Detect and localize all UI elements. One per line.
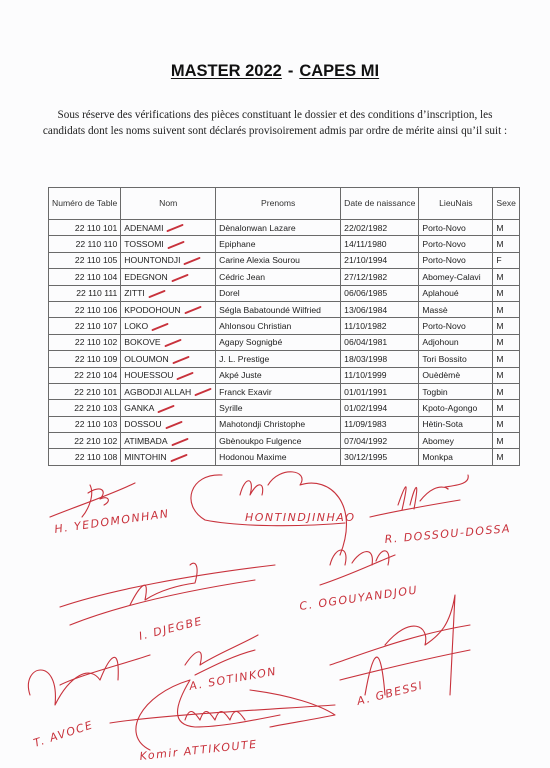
cell-nom: ATIMBADA — [121, 433, 216, 449]
cell-prenoms-text: J. L. Prestige — [219, 354, 269, 364]
cell-prenoms-text: Ségla Babatoundé Wilfried — [219, 305, 321, 315]
cell-prenoms-text: Dorel — [219, 288, 240, 298]
check-mark-icon — [184, 257, 201, 266]
cell-prenoms: Gbènoukpo Fulgence — [216, 433, 341, 449]
signature-mark — [330, 595, 470, 695]
cell-date: 18/03/1998 — [341, 351, 419, 367]
cell-lieu-text: Adjohoun — [422, 337, 458, 347]
table-row: 22 210 103GANKASyrille01/02/1994Kpoto-Ag… — [49, 400, 520, 416]
cell-date-text: 18/03/1998 — [344, 354, 387, 364]
cell-sexe-text: M — [496, 436, 503, 446]
header-nom: Nom — [121, 188, 216, 220]
cell-prenoms-text: Gbènoukpo Fulgence — [219, 436, 301, 446]
results-table: Numéro de Table Nom Prenoms Date de nais… — [48, 187, 520, 466]
cell-lieu: Tori Bossito — [419, 351, 493, 367]
table-row: 22 110 102BOKOVEAgapy Sognigbé06/04/1981… — [49, 334, 520, 350]
cell-lieu-text: Porto-Novo — [422, 255, 465, 265]
cell-lieu-text: Kpoto-Agongo — [422, 403, 477, 413]
cell-lieu-text: Porto-Novo — [422, 239, 465, 249]
cell-sexe-text: M — [496, 288, 503, 298]
cell-date-text: 22/02/1982 — [344, 223, 387, 233]
check-mark-icon — [177, 372, 194, 381]
table-row: 22 110 108MINTOHINHodonou Maxime30/12/19… — [49, 449, 520, 465]
cell-numero: 22 210 104 — [49, 367, 121, 383]
document-page: MASTER 2022-CAPES MI Sous réserve des vé… — [0, 0, 550, 768]
cell-numero: 22 110 110 — [49, 236, 121, 252]
cell-numero-text: 22 110 106 — [75, 305, 117, 315]
header-numero: Numéro de Table — [49, 188, 121, 220]
signatures-area: H. YEDOMONHAN HONTINDJINHAO R. DOSSOU-DO… — [0, 465, 550, 768]
cell-numero: 22 110 105 — [49, 252, 121, 268]
cell-nom-text: BOKOVE — [124, 337, 160, 347]
cell-nom: EDEGNON — [121, 269, 216, 285]
cell-prenoms: Mahotondji Christophe — [216, 416, 341, 432]
cell-numero: 22 110 108 — [49, 449, 121, 465]
title-capes: CAPES MI — [299, 62, 379, 80]
signature-name: C. OGOUYANDJOU — [299, 583, 419, 613]
cell-date: 07/04/1992 — [341, 433, 419, 449]
cell-numero: 22 210 102 — [49, 433, 121, 449]
cell-nom-text: ZITTI — [124, 288, 145, 298]
check-mark-icon — [167, 241, 184, 250]
cell-numero-text: 22 110 110 — [76, 239, 118, 249]
cell-lieu-text: Porto-Novo — [422, 223, 465, 233]
document-title: MASTER 2022-CAPES MI — [0, 62, 550, 81]
signature-mark — [370, 475, 468, 517]
check-mark-icon — [167, 224, 184, 233]
cell-prenoms: Syrille — [216, 400, 341, 416]
cell-nom-text: ADENAMI — [124, 223, 163, 233]
cell-nom-text: HOUESSOU — [124, 370, 173, 380]
signature-name: A. GBESSI — [355, 679, 425, 708]
cell-sexe: F — [493, 252, 520, 268]
cell-nom-text: AGBODJI ALLAH — [124, 387, 191, 397]
cell-numero: 22 110 102 — [49, 334, 121, 350]
cell-sexe: M — [493, 269, 520, 285]
cell-prenoms: Akpé Juste — [216, 367, 341, 383]
cell-nom: HOUESSOU — [121, 367, 216, 383]
title-master: MASTER 2022 — [171, 62, 282, 80]
intro-paragraph: Sous réserve des vérifications des pièce… — [40, 108, 510, 139]
cell-sexe: M — [493, 367, 520, 383]
cell-nom: AGBODJI ALLAH — [121, 383, 216, 399]
signature-name: H. YEDOMONHAN — [54, 507, 171, 536]
cell-nom: ZITTI — [121, 285, 216, 301]
cell-nom-text: HOUNTONDJI — [124, 255, 180, 265]
header-prenoms: Prenoms — [216, 188, 341, 220]
cell-lieu: Porto-Novo — [419, 318, 493, 334]
cell-nom: DOSSOU — [121, 416, 216, 432]
cell-sexe-text: M — [496, 272, 503, 282]
cell-nom: BOKOVE — [121, 334, 216, 350]
cell-nom-text: MINTOHIN — [124, 452, 166, 462]
check-mark-icon — [158, 404, 175, 413]
cell-prenoms-text: Agapy Sognigbé — [219, 337, 282, 347]
check-mark-icon — [171, 273, 188, 282]
cell-lieu-text: Massè — [422, 305, 447, 315]
cell-lieu: Abomey — [419, 433, 493, 449]
cell-date: 11/10/1999 — [341, 367, 419, 383]
cell-lieu-text: Tori Bossito — [422, 354, 466, 364]
cell-date-text: 13/06/1984 — [344, 305, 387, 315]
cell-date-text: 11/10/1999 — [344, 370, 386, 380]
cell-date: 06/04/1981 — [341, 334, 419, 350]
check-mark-icon — [194, 388, 211, 397]
cell-sexe: M — [493, 416, 520, 432]
cell-date: 30/12/1995 — [341, 449, 419, 465]
table-row: 22 110 106KPODOHOUNSégla Babatoundé Wilf… — [49, 301, 520, 317]
title-separator: - — [288, 62, 294, 80]
cell-lieu: Porto-Novo — [419, 236, 493, 252]
cell-nom: ADENAMI — [121, 220, 216, 236]
cell-date-text: 27/12/1982 — [344, 272, 387, 282]
cell-nom-text: ATIMBADA — [124, 436, 167, 446]
table-row: 22 110 111ZITTIDorel06/06/1985AplahouéM — [49, 285, 520, 301]
cell-numero-text: 22 110 102 — [75, 337, 117, 347]
cell-nom-text: LOKO — [124, 321, 148, 331]
cell-lieu-text: Monkpa — [422, 452, 453, 462]
cell-date: 01/01/1991 — [341, 383, 419, 399]
cell-numero-text: 22 110 109 — [75, 354, 117, 364]
cell-prenoms: Franck Exavir — [216, 383, 341, 399]
signature-name: HONTINDJINHAO — [245, 511, 356, 524]
cell-prenoms: Dènalonwan Lazare — [216, 220, 341, 236]
cell-date: 13/06/1984 — [341, 301, 419, 317]
check-mark-icon — [170, 454, 187, 463]
cell-numero: 22 110 111 — [49, 285, 121, 301]
cell-prenoms-text: Epiphane — [219, 239, 255, 249]
signature-name: A. SOTINKON — [187, 665, 278, 693]
cell-prenoms: Ségla Babatoundé Wilfried — [216, 301, 341, 317]
cell-date: 11/10/1982 — [341, 318, 419, 334]
cell-numero: 22 110 101 — [49, 220, 121, 236]
cell-numero-text: 22 110 107 — [75, 321, 117, 331]
cell-lieu: Adjohoun — [419, 334, 493, 350]
cell-numero-text: 22 110 104 — [75, 272, 117, 282]
cell-nom: KPODOHOUN — [121, 301, 216, 317]
cell-numero-text: 22 210 104 — [74, 370, 117, 380]
cell-date-text: 06/06/1985 — [344, 288, 387, 298]
cell-sexe-text: M — [496, 321, 503, 331]
cell-sexe: M — [493, 433, 520, 449]
table-row: 22 110 107LOKOAhlonsou Christian11/10/19… — [49, 318, 520, 334]
cell-nom: OLOUMON — [121, 351, 216, 367]
cell-prenoms-text: Carine Alexia Sourou — [219, 255, 300, 265]
cell-sexe: M — [493, 334, 520, 350]
cell-sexe: M — [493, 449, 520, 465]
cell-prenoms-text: Hodonou Maxime — [219, 452, 286, 462]
cell-prenoms-text: Syrille — [219, 403, 242, 413]
cell-nom: TOSSOMI — [121, 236, 216, 252]
cell-date: 14/11/1980 — [341, 236, 419, 252]
cell-date: 01/02/1994 — [341, 400, 419, 416]
cell-numero-text: 22 210 103 — [74, 403, 117, 413]
cell-date-text: 07/04/1992 — [344, 436, 387, 446]
cell-prenoms-text: Cédric Jean — [219, 272, 265, 282]
signature-mark — [320, 550, 395, 585]
cell-sexe-text: M — [496, 239, 503, 249]
cell-sexe-text: M — [496, 370, 503, 380]
cell-date: 27/12/1982 — [341, 269, 419, 285]
cell-numero: 22 110 109 — [49, 351, 121, 367]
cell-numero-text: 22 110 111 — [76, 288, 117, 298]
cell-date-text: 21/10/1994 — [344, 255, 387, 265]
signature-name: I. DJEGBE — [138, 614, 205, 642]
check-mark-icon — [148, 290, 165, 299]
cell-numero: 22 110 107 — [49, 318, 121, 334]
cell-sexe-text: M — [496, 337, 503, 347]
table-row: 22 210 104HOUESSOUAkpé Juste11/10/1999Ou… — [49, 367, 520, 383]
signature-mark — [28, 655, 150, 705]
cell-nom-text: OLOUMON — [124, 354, 168, 364]
cell-lieu: Togbin — [419, 383, 493, 399]
cell-sexe-text: F — [496, 255, 501, 265]
cell-date-text: 14/11/1980 — [344, 239, 386, 249]
cell-sexe: M — [493, 400, 520, 416]
cell-date-text: 30/12/1995 — [344, 452, 387, 462]
cell-sexe-text: M — [496, 452, 503, 462]
cell-sexe-text: M — [496, 305, 503, 315]
cell-date: 06/06/1985 — [341, 285, 419, 301]
signature-mark — [60, 563, 275, 625]
cell-sexe-text: M — [496, 354, 503, 364]
cell-nom: GANKA — [121, 400, 216, 416]
cell-sexe: M — [493, 383, 520, 399]
cell-numero-text: 22 110 103 — [75, 419, 117, 429]
signature-mark — [110, 680, 335, 750]
cell-lieu: Abomey-Calavi — [419, 269, 493, 285]
cell-nom-text: GANKA — [124, 403, 154, 413]
cell-lieu: Aplahoué — [419, 285, 493, 301]
cell-date-text: 01/02/1994 — [344, 403, 387, 413]
cell-numero: 22 110 104 — [49, 269, 121, 285]
cell-sexe-text: M — [496, 403, 503, 413]
cell-date-text: 01/01/1991 — [344, 387, 387, 397]
cell-prenoms-text: Franck Exavir — [219, 387, 272, 397]
cell-numero-text: 22 210 101 — [74, 387, 117, 397]
signature-name: R. DOSSOU-DOSSA — [384, 522, 511, 546]
signature-name: T. AVOCE — [32, 718, 95, 750]
table-body: 22 110 101ADENAMIDènalonwan Lazare22/02/… — [49, 220, 520, 466]
check-mark-icon — [164, 339, 181, 348]
cell-sexe-text: M — [496, 387, 503, 397]
table-row: 22 110 105HOUNTONDJICarine Alexia Sourou… — [49, 252, 520, 268]
cell-numero-text: 22 110 108 — [75, 452, 117, 462]
cell-prenoms: Carine Alexia Sourou — [216, 252, 341, 268]
check-mark-icon — [172, 355, 189, 364]
cell-numero-text: 22 110 105 — [75, 255, 117, 265]
cell-numero: 22 110 106 — [49, 301, 121, 317]
table-row: 22 110 103DOSSOUMahotondji Christophe11/… — [49, 416, 520, 432]
cell-nom: HOUNTONDJI — [121, 252, 216, 268]
cell-date: 11/09/1983 — [341, 416, 419, 432]
cell-nom: LOKO — [121, 318, 216, 334]
cell-numero: 22 110 103 — [49, 416, 121, 432]
cell-lieu: Hètin-Sota — [419, 416, 493, 432]
table-row: 22 110 104EDEGNONCédric Jean27/12/1982Ab… — [49, 269, 520, 285]
table-row: 22 110 110TOSSOMIEpiphane14/11/1980Porto… — [49, 236, 520, 252]
cell-nom-text: EDEGNON — [124, 272, 167, 282]
cell-lieu-text: Hètin-Sota — [422, 419, 463, 429]
cell-prenoms: Agapy Sognigbé — [216, 334, 341, 350]
cell-nom-text: KPODOHOUN — [124, 305, 180, 315]
table-row: 22 210 101AGBODJI ALLAHFranck Exavir01/0… — [49, 383, 520, 399]
cell-sexe: M — [493, 285, 520, 301]
header-sexe: Sexe — [493, 188, 520, 220]
cell-prenoms: Cédric Jean — [216, 269, 341, 285]
cell-prenoms: J. L. Prestige — [216, 351, 341, 367]
check-mark-icon — [151, 322, 168, 331]
cell-lieu-text: Togbin — [422, 387, 447, 397]
cell-sexe-text: M — [496, 419, 503, 429]
cell-nom-text: TOSSOMI — [124, 239, 163, 249]
cell-prenoms-text: Ahlonsou Christian — [219, 321, 291, 331]
signature-mark — [50, 483, 135, 517]
cell-numero-text: 22 110 101 — [75, 223, 117, 233]
cell-lieu-text: Aplahoué — [422, 288, 458, 298]
cell-prenoms-text: Akpé Juste — [219, 370, 262, 380]
cell-lieu-text: Porto-Novo — [422, 321, 465, 331]
cell-lieu: Ouèdèmè — [419, 367, 493, 383]
cell-sexe: M — [493, 301, 520, 317]
check-mark-icon — [165, 421, 182, 430]
cell-sexe: M — [493, 236, 520, 252]
cell-lieu-text: Abomey — [422, 436, 454, 446]
cell-nom: MINTOHIN — [121, 449, 216, 465]
cell-numero: 22 210 101 — [49, 383, 121, 399]
cell-nom-text: DOSSOU — [124, 419, 161, 429]
cell-lieu-text: Abomey-Calavi — [422, 272, 480, 282]
header-date: Date de naissance — [341, 188, 419, 220]
cell-prenoms: Ahlonsou Christian — [216, 318, 341, 334]
table-row: 22 210 102ATIMBADAGbènoukpo Fulgence07/0… — [49, 433, 520, 449]
cell-prenoms: Dorel — [216, 285, 341, 301]
cell-sexe: M — [493, 351, 520, 367]
cell-lieu: Monkpa — [419, 449, 493, 465]
table-header-row: Numéro de Table Nom Prenoms Date de nais… — [49, 188, 520, 220]
cell-numero-text: 22 210 102 — [74, 436, 117, 446]
cell-date: 22/02/1982 — [341, 220, 419, 236]
cell-lieu: Porto-Novo — [419, 220, 493, 236]
header-lieu: LieuNais — [419, 188, 493, 220]
cell-sexe-text: M — [496, 223, 503, 233]
cell-prenoms: Epiphane — [216, 236, 341, 252]
check-mark-icon — [184, 306, 201, 315]
table-row: 22 110 109OLOUMONJ. L. Prestige18/03/199… — [49, 351, 520, 367]
cell-sexe: M — [493, 220, 520, 236]
cell-date-text: 06/04/1981 — [344, 337, 387, 347]
cell-prenoms: Hodonou Maxime — [216, 449, 341, 465]
cell-date: 21/10/1994 — [341, 252, 419, 268]
cell-date-text: 11/10/1982 — [344, 321, 386, 331]
cell-lieu: Porto-Novo — [419, 252, 493, 268]
cell-lieu: Massè — [419, 301, 493, 317]
cell-lieu-text: Ouèdèmè — [422, 370, 460, 380]
table-row: 22 110 101ADENAMIDènalonwan Lazare22/02/… — [49, 220, 520, 236]
signature-name: Komir ATTIKOUTE — [139, 738, 258, 763]
cell-lieu: Kpoto-Agongo — [419, 400, 493, 416]
cell-prenoms-text: Mahotondji Christophe — [219, 419, 305, 429]
cell-prenoms-text: Dènalonwan Lazare — [219, 223, 295, 233]
cell-numero: 22 210 103 — [49, 400, 121, 416]
cell-sexe: M — [493, 318, 520, 334]
cell-date-text: 11/09/1983 — [344, 419, 386, 429]
check-mark-icon — [171, 437, 188, 446]
